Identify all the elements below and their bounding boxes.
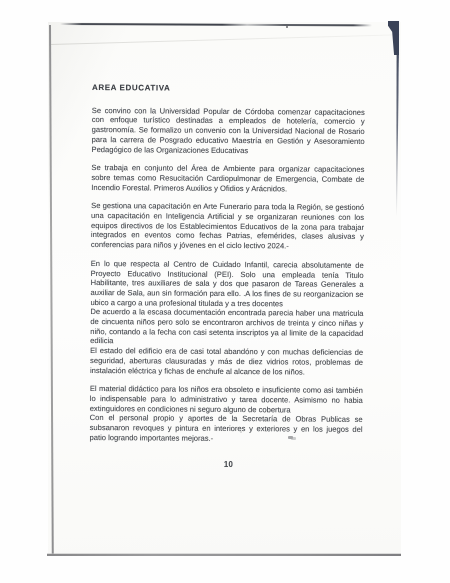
- paragraph-convenios: Se convino con la Universidad Popular de…: [92, 106, 365, 156]
- scan-artifact-bottom-edge: [47, 554, 401, 556]
- paragraph-centro-infantil: En lo que respecta al Centro de Cuidado …: [90, 259, 363, 309]
- section-heading: AREA EDUCATIVA: [92, 83, 365, 95]
- page-number: 10: [92, 460, 365, 469]
- document-body: AREA EDUCATIVA Se convino con la Univers…: [89, 83, 365, 444]
- paragraph-area-ambiente: Se trabaja en conjunto del Área de Ambie…: [91, 163, 364, 194]
- paragraph-material: El material didáctico para los niños era…: [90, 384, 363, 415]
- scanned-document: AREA EDUCATIVA Se convino con la Univers…: [0, 0, 450, 583]
- paragraph-obras-publicas: Con el personal propio y aportes de la S…: [89, 413, 362, 444]
- paragraph-estado-edificio: El estado del edificio era de casi total…: [90, 346, 363, 377]
- scan-artifact-speck: [286, 26, 288, 28]
- paragraph-matricula: De acuerdo a la escasa documentación enc…: [90, 307, 363, 348]
- paragraph-capacitaciones: Se gestiona una capacitación en Arte Fun…: [91, 201, 364, 251]
